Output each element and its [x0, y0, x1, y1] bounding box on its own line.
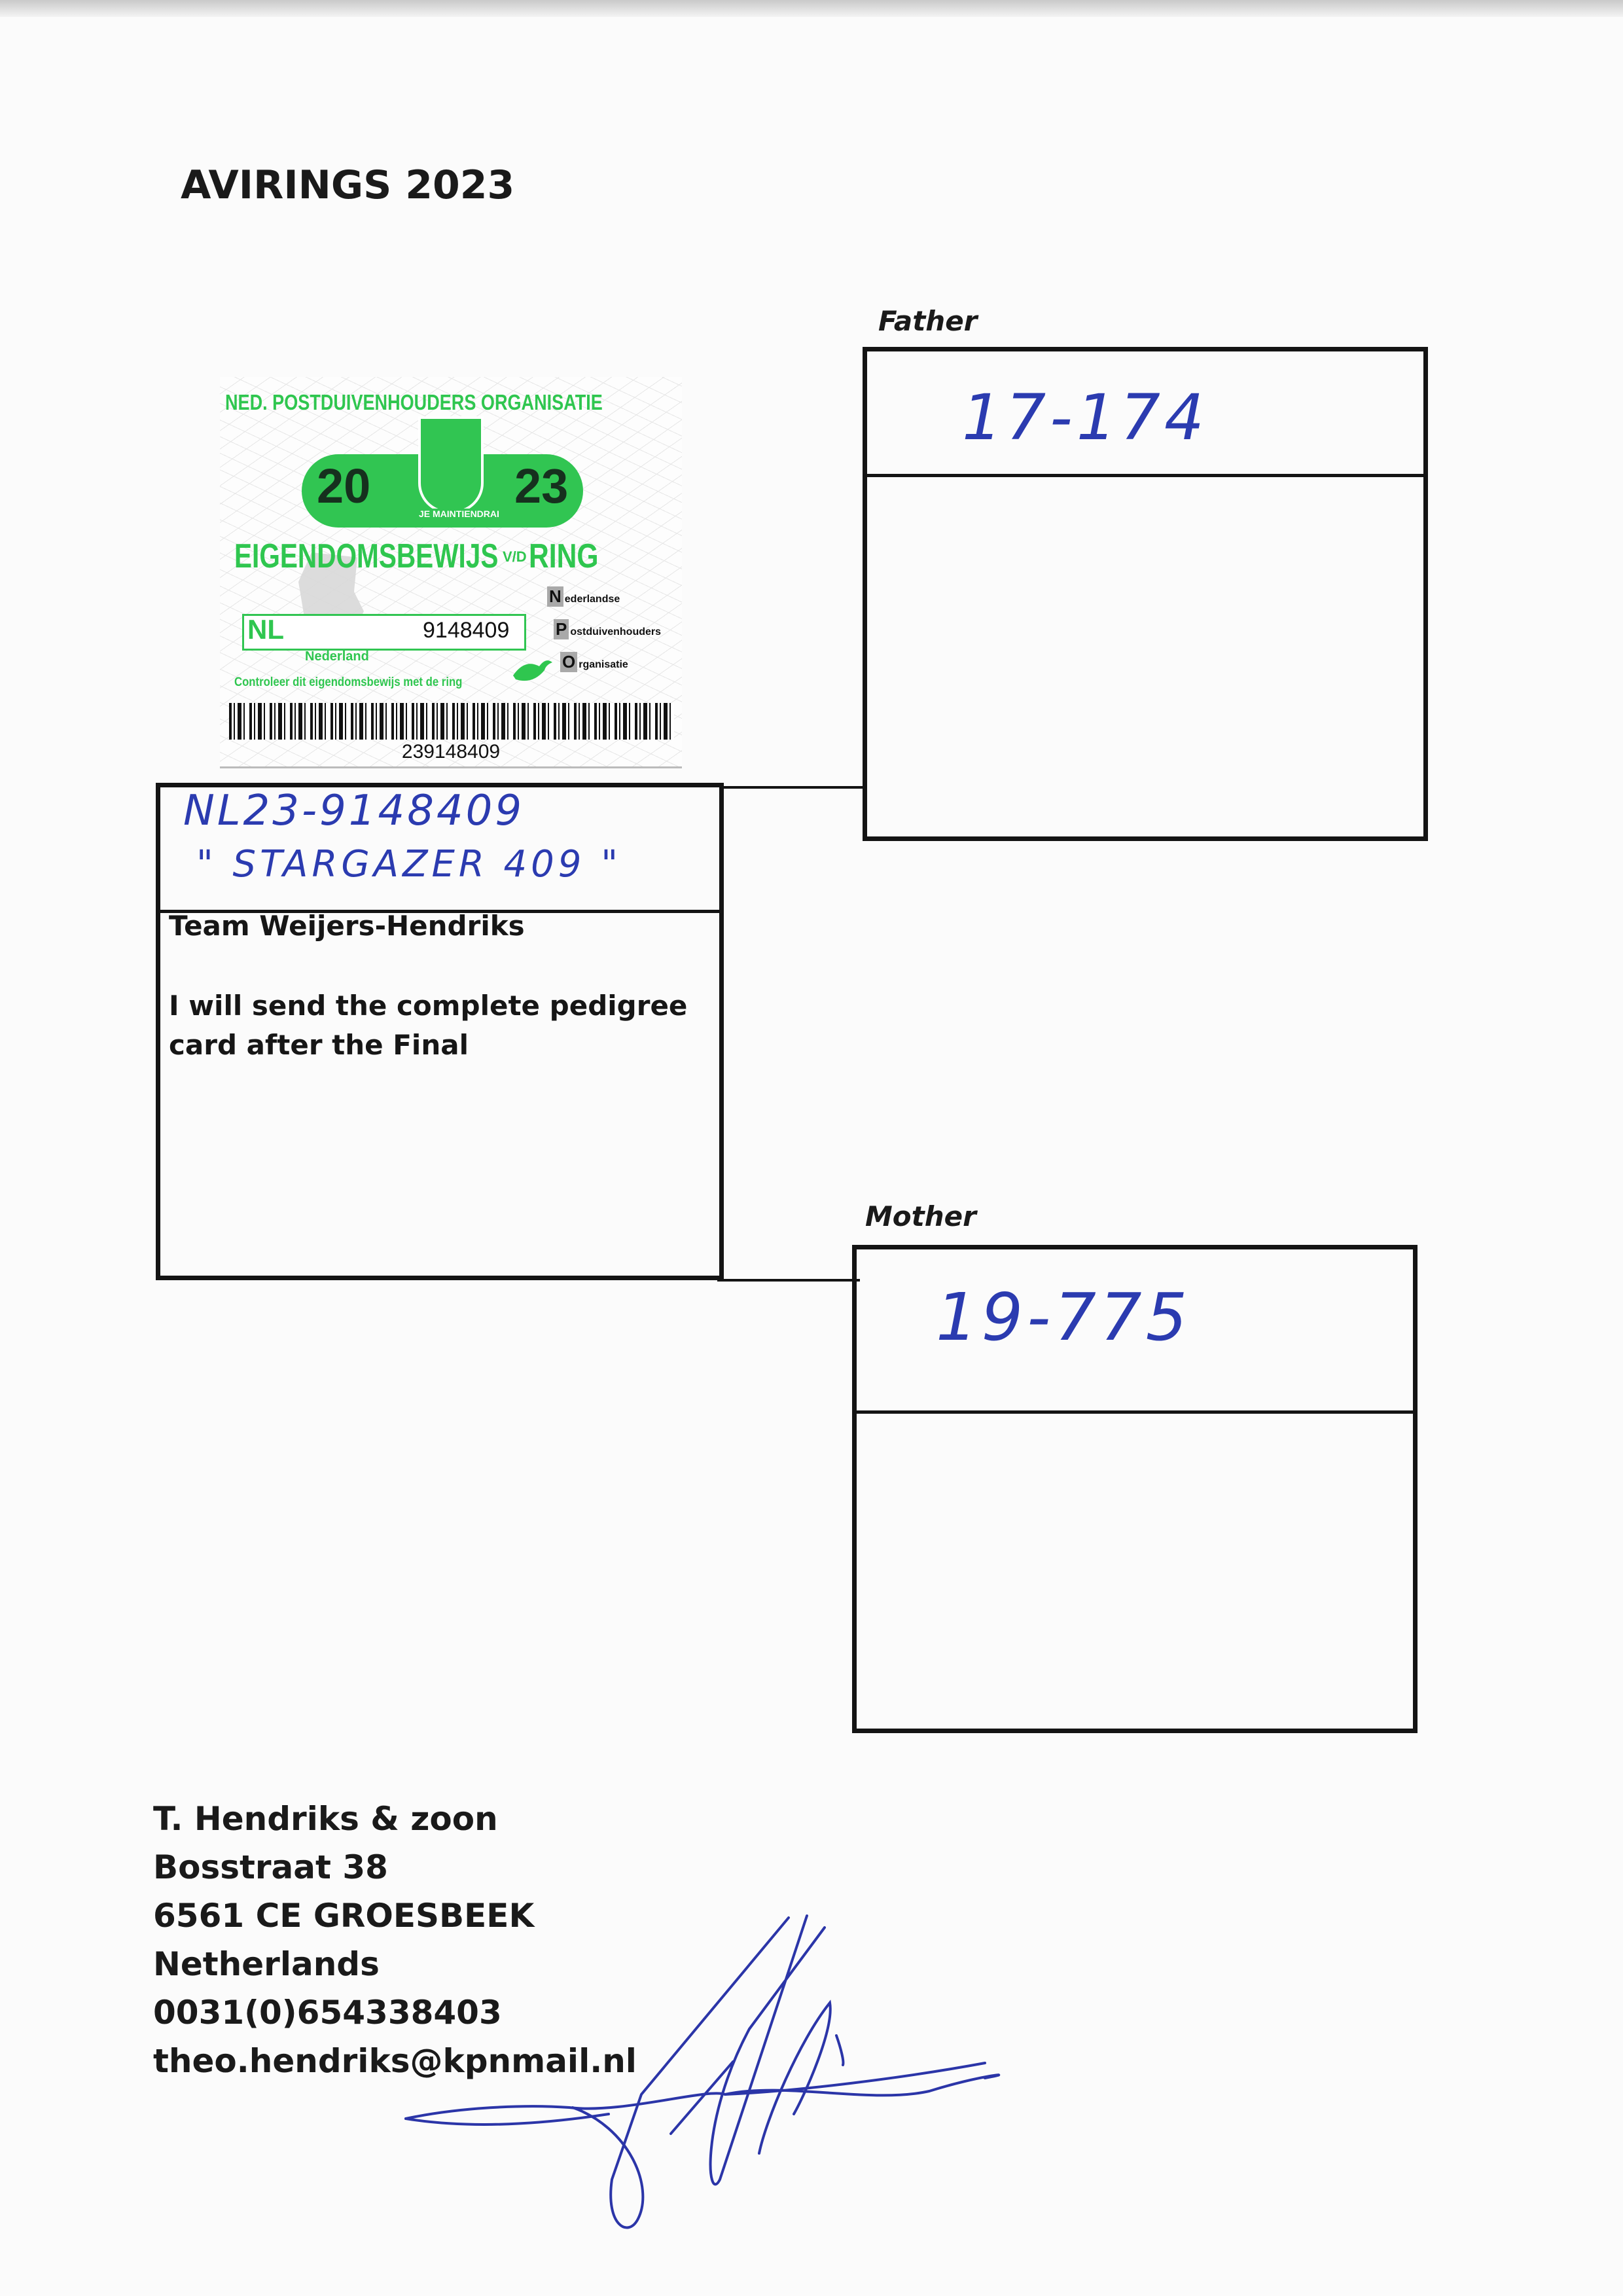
sender-country: Netherlands: [153, 1940, 637, 1988]
page-title: AVIRINGS 2023: [181, 162, 514, 208]
sender-street: Bosstraat 38: [153, 1843, 637, 1892]
sender-postal-city: 6561 CE GROESBEEK: [153, 1892, 637, 1940]
scan-edge: [0, 0, 1623, 17]
sender-name: T. Hendriks & zoon: [153, 1795, 637, 1843]
pigeon-note-line-2: card after the Final: [169, 1029, 469, 1061]
pigeon-name-handwritten: " STARGAZER 409 ": [196, 843, 622, 886]
father-ring-handwritten: 17-174: [962, 381, 1208, 454]
mother-label: Mother: [865, 1200, 976, 1232]
father-label: Father: [878, 305, 977, 337]
mother-connector-line: [717, 1279, 860, 1282]
father-connector-line: [721, 786, 864, 789]
sender-phone: 0031(0)654338403: [153, 1988, 637, 2037]
barcode: [229, 703, 674, 740]
pigeon-note-line-1: I will send the complete pedigree: [169, 990, 687, 1022]
barcode-number: 239148409: [220, 741, 682, 763]
sender-email[interactable]: theo.hendriks@kpnmail.nl: [153, 2037, 637, 2085]
mother-ring-handwritten: 19-775: [936, 1279, 1191, 1355]
sender-address: T. Hendriks & zoon Bosstraat 38 6561 CE …: [153, 1795, 637, 2085]
pigeon-owner: Team Weijers-Hendriks: [169, 910, 525, 942]
ownership-certificate-stamp: NED. POSTDUIVENHOUDERS ORGANISATIE 20 23…: [220, 377, 682, 768]
pigeon-ring-handwritten: NL23-9148409: [183, 787, 524, 835]
